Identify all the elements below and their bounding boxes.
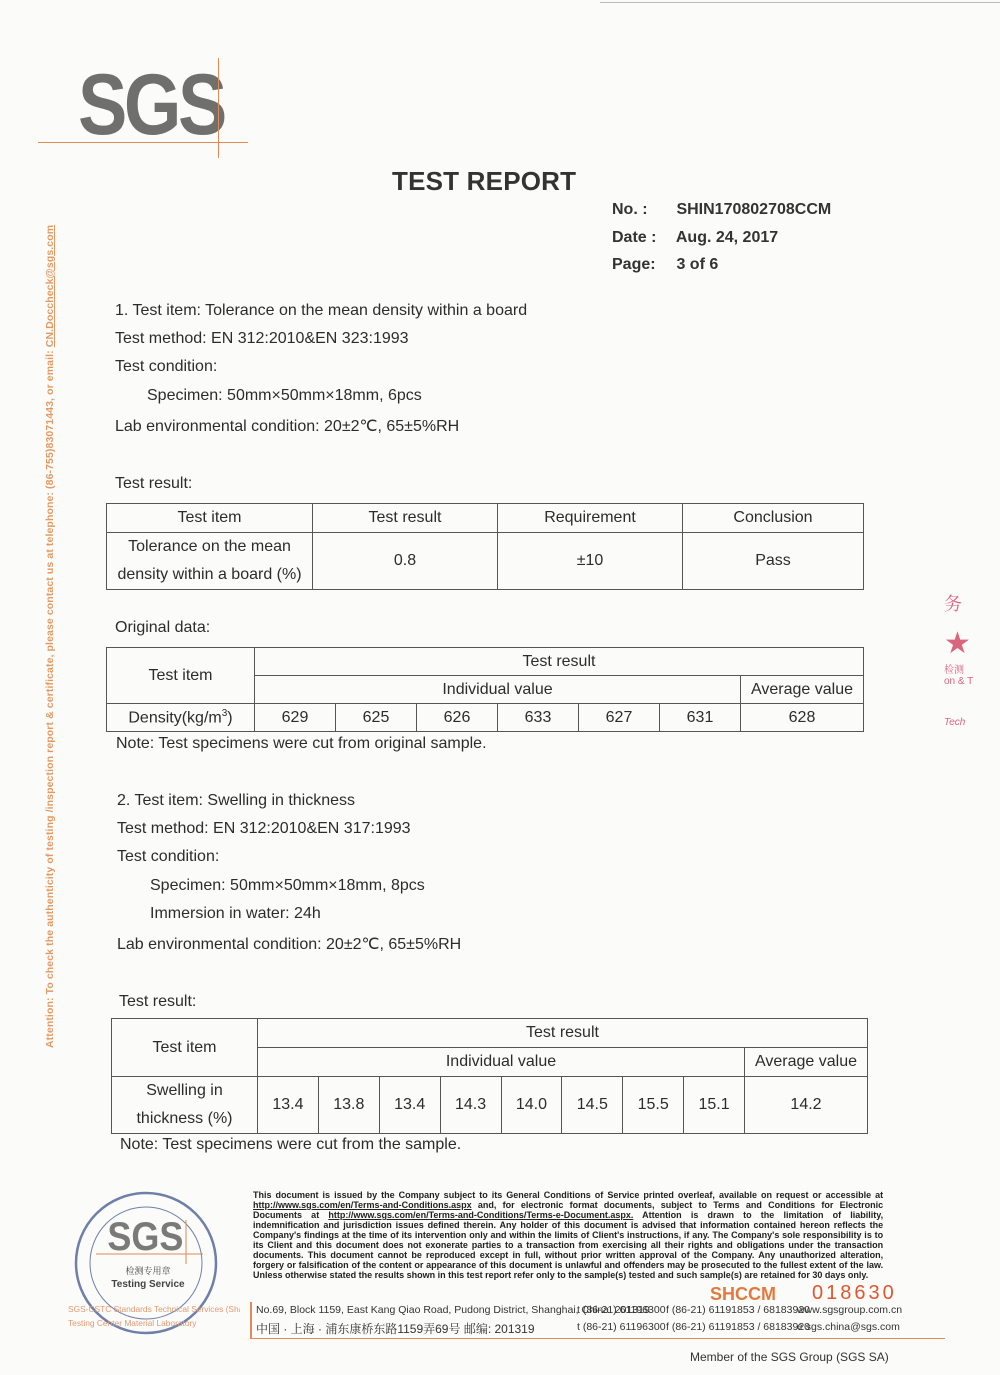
report-number-value: SHIN170802708CCM [676,201,831,218]
section2-note: Note: Test specimens were cut from the s… [120,1136,461,1154]
density-label-end: ) [227,709,232,726]
cell-test-item-line2: density within a board (%) [107,561,312,589]
swelling-value-8: 15.1 [684,1077,745,1134]
row-label-density: Density(kg/m3) [107,704,255,732]
swelling-value-2: 13.8 [318,1077,379,1134]
section1-note: Note: Test specimens were cut from origi… [116,735,487,753]
svg-text:Testing Service: Testing Service [111,1279,185,1290]
section1-result-label: Test result: [115,475,192,493]
report-number-label: No. : [612,201,672,219]
density-value-4: 633 [498,704,579,732]
section2-lab-environment: Lab environmental condition: 20±2℃, 65±5… [117,934,461,954]
swelling-value-1: 13.4 [258,1077,319,1134]
section1-lab-environment: Lab environmental condition: 20±2℃, 65±5… [115,416,459,436]
row-label-line1: Swelling in [112,1077,257,1105]
svg-text:SGS: SGS [107,1215,183,1259]
report-date-value: Aug. 24, 2017 [676,229,778,246]
header-test-result: Test result [258,1019,868,1048]
table-row: Swelling in thickness (%) 13.4 13.8 13.4… [112,1077,868,1134]
section2-result-label: Test result: [119,993,196,1011]
cell-test-item: Tolerance on the mean density within a b… [107,533,313,590]
stamp-text-line3: on & T [944,676,984,687]
terms-link[interactable]: http://www.sgs.com/en/Terms-and-Conditio… [253,1200,472,1210]
disclaimer-part3: Attention is drawn to the limitation of … [253,1210,883,1280]
swelling-result-table: Test item Test result Individual value A… [111,1018,868,1134]
scan-edge-line [600,2,1000,3]
section2-test-item: 2. Test item: Swelling in thickness [117,792,355,810]
table-row: Density(kg/m3) 629 625 626 633 627 631 6… [107,704,864,732]
density-value-2: 625 [336,704,417,732]
svg-text:Testing Center Material Lab: Testing Center Material Laboratory [68,1318,197,1328]
density-value-3: 626 [417,704,498,732]
density-value-6: 631 [660,704,741,732]
density-label: Density(kg/m [128,709,221,726]
section2-test-method: Test method: EN 312:2010&EN 317:1993 [117,820,411,838]
header-test-item: Test item [112,1019,258,1077]
disclaimer-part1: This document is issued by the Company s… [253,1190,883,1200]
cell-requirement: ±10 [498,533,683,590]
authenticity-note: Attention: To check the authenticity of … [44,225,56,1048]
stamp-text-line2: 检测 [944,661,984,676]
header-average-value: Average value [745,1048,868,1077]
sgs-testing-stamp: SGS 检测专用章 Testing Service SGS-CSTC Stand… [68,1188,240,1338]
header-test-item: Test item [107,504,313,533]
footer-divider [250,1338,945,1339]
report-page: Page: 3 of 6 [612,256,718,274]
logo-vertical-rule [218,58,219,158]
section1-specimen: Specimen: 50mm×50mm×18mm, 6pcs [147,387,422,405]
telephone-1: t (86-21) 61196300 [577,1304,666,1316]
report-page-label: Page: [612,256,672,274]
header-conclusion: Conclusion [683,504,864,533]
report-page-value: 3 of 6 [676,256,718,273]
section1-test-method: Test method: EN 312:2010&EN 323:1993 [115,330,409,348]
svg-text:SGS-CSTC Standards Technical S: SGS-CSTC Standards Technical Services (S… [68,1304,240,1314]
sgs-logo: SGS [78,62,224,148]
swelling-average: 14.2 [745,1077,868,1134]
section2-specimen: Specimen: 50mm×50mm×18mm, 8pcs [150,877,425,895]
legal-disclaimer: This document is issued by the Company s… [253,1190,883,1280]
original-data-label: Original data: [115,619,210,637]
density-average: 628 [741,704,864,732]
table-header-row: Test item Test result Requirement Conclu… [107,504,864,533]
section2-test-condition: Test condition: [117,848,219,866]
logo-horizontal-rule [38,142,248,143]
stamp-seal-icon: SGS 检测专用章 Testing Service SGS-CSTC Stand… [68,1188,240,1338]
original-data-table: Test item Test result Individual value A… [106,647,864,732]
report-date-label: Date : [612,229,672,247]
fax-1: f (86-21) 61191853 / 68183920 [666,1304,810,1316]
report-title: TEST REPORT [392,166,576,197]
address-accent-bar [250,1302,252,1338]
header-individual-value: Individual value [258,1048,745,1077]
header-individual-value: Individual value [255,676,741,704]
table-row: Tolerance on the mean density within a b… [107,533,864,590]
swelling-value-5: 14.0 [501,1077,562,1134]
density-value-1: 629 [255,704,336,732]
report-date: Date : Aug. 24, 2017 [612,229,778,247]
header-test-item: Test item [107,648,255,704]
e-document-terms-link[interactable]: http://www.sgs.com/en/Terms-and-Conditio… [328,1210,633,1220]
partial-red-stamp: 务 ★ 检测 on & T Tech [944,590,984,790]
report-serial-number: 018630 [812,1282,897,1305]
telephone-2: t (86-21) 61196300 [577,1321,666,1333]
header-average-value: Average value [741,676,864,704]
section2-immersion: Immersion in water: 24h [150,905,321,923]
report-number: No. : SHIN170802708CCM [612,201,831,219]
authenticity-note-text: Attention: To check the authenticity of … [44,347,56,1048]
row-label-swelling: Swelling in thickness (%) [112,1077,258,1134]
report-code-prefix: SHCCM [710,1284,776,1305]
header-test-result: Test result [313,504,498,533]
row-label-line2: thickness (%) [112,1105,257,1133]
section1-test-item: 1. Test item: Tolerance on the mean dens… [115,302,527,320]
header-requirement: Requirement [498,504,683,533]
star-icon: ★ [944,626,984,661]
section1-result-table: Test item Test result Requirement Conclu… [106,503,864,590]
swelling-value-3: 13.4 [379,1077,440,1134]
section1-test-condition: Test condition: [115,358,217,376]
cell-test-item-line1: Tolerance on the mean [107,533,312,561]
doccheck-email-link[interactable]: CN.Doccheck@sgs.com [44,225,56,347]
swelling-value-4: 14.3 [440,1077,501,1134]
swelling-value-7: 15.5 [623,1077,684,1134]
stamp-text-line4: Tech [944,717,984,728]
density-value-5: 627 [579,704,660,732]
swelling-value-6: 14.5 [562,1077,623,1134]
stamp-char: 务 [944,590,984,616]
address-chinese: 中国 · 上海 · 浦东康桥东路1159弄69号 邮编: 201319 [256,1320,535,1337]
sgs-group-membership: Member of the SGS Group (SGS SA) [690,1350,889,1364]
website-link[interactable]: www.sgsgroup.com.cn [797,1304,902,1316]
header-test-result: Test result [255,648,864,676]
svg-text:检测专用章: 检测专用章 [125,1265,170,1277]
contact-email[interactable]: e sgs.china@sgs.com [797,1321,900,1333]
fax-2: f (86-21) 61191853 / 68183920 [666,1321,810,1333]
cell-conclusion: Pass [683,533,864,590]
cell-test-result: 0.8 [313,533,498,590]
